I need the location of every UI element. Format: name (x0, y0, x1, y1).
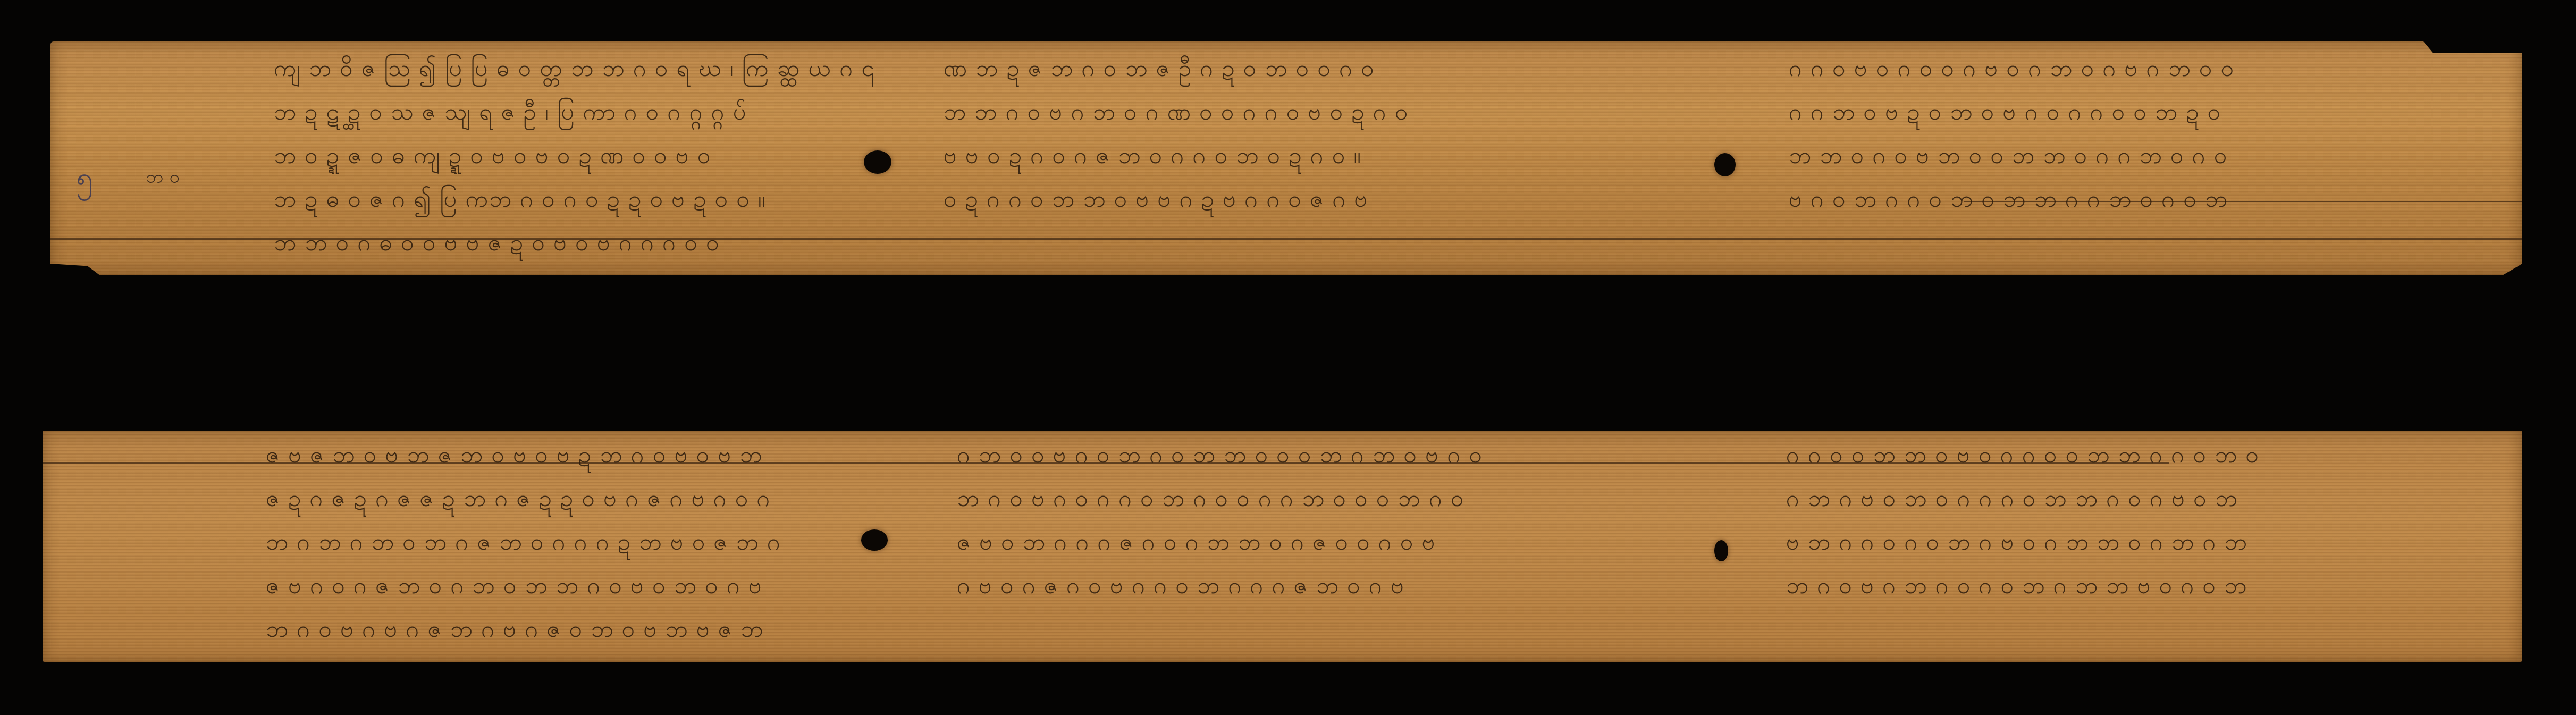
text-column-3: ဂ ဂ ဝ ဗ ဝ ဂ ဝ ဝ ဂ ဗ ဝ ဂ ဘ ဝ ဂ ဗ ဂ ဘ ဝ ဝ … (1789, 47, 2427, 221)
text-line: ဂ ဂ ဘ ဝ ဗ ဍ ဝ ဘ ဝ ဗ ဂ ဝ ဂ ဂ ဝ ဝ ဘ ဍ ဝ (1789, 90, 2427, 134)
text-line: ကျ ဘ ဝိ ဇ ဩ ၍ ပြ ပြ ဓ ဝ တ္တ ဘ ဘ ဂ ဝ ရ ဃ … (274, 47, 1029, 90)
leaf-signature: ဘ ဝ (146, 165, 180, 192)
string-hole-right (1714, 153, 1736, 176)
text-column-1: ဇ ဗ ဇ ဘ ဝ ဗ ဘ ဇ ဘ ဝ ဗ ဝ ဗ ဍ ဘ ဂ ဝ ဗ ဝ ဗ … (266, 433, 1037, 651)
text-line: ဂ ဘ ဂ ဗ ဝ ဘ ဝ ဂ ဂ ဂ ဝ ဘ ဘ ဂ ဝ ဂ ဗ ဝ ဘ (1786, 477, 2451, 520)
text-line: ဂ ဘ ဝ ဝ ဗ ဂ ဝ ဘ ဂ ဝ ဘ ဘ ဝ ဝ ဝ ဘ ဂ ဘ ဝ ဗ … (957, 433, 1701, 477)
string-hole-right (1714, 540, 1728, 561)
palm-leaf-top: ၅ ဘ ဝ ကျ ဘ ဝိ ဇ ဩ ၍ ပြ ပြ ဓ ဝ တ္တ ဘ ဘ ဂ … (50, 41, 2522, 275)
text-line: ဘ ဘ ဂ ဝ ဗ ဂ ဘ ဝ ဂ ဏ ဝ ဝ ဂ ဂ ဝ ဗ ဝ ဍ ဂ ဝ (944, 90, 1688, 134)
text-line: ဂ ဂ ဝ ဝ ဘ ဘ ဝ ဗ ဝ ဂ ဂ ဝ ဝ ဘ ဘ ဂ ဂ ဝ ဘ ဝ (1786, 433, 2451, 477)
text-line: ဘ ဂ ဝ ဗ ဂ ဝ ဂ ဂ ဝ ဘ ဂ ဝ ဝ ဂ ဂ ဘ ဝ ဝ ဝ ဘ … (957, 477, 1701, 520)
text-line: ဘ ဘ ဝ ဂ ဝ ဗ ဘ ဝ ဝ ဘ ဘ ဝ ဂ ဂ ဘ ဝ ဂ ဝ (1789, 134, 2427, 178)
text-line: ဘ ဘ ဝ ဂ ဓ ဝ ဝ ဗ ဗ ဇ ဍ ဝ ဗ ဝ ဗ ဂ ဂ ဂ ဝ ဝ (274, 221, 1029, 265)
text-column-2: ဂ ဘ ဝ ဝ ဗ ဂ ဝ ဘ ဂ ဝ ဘ ဘ ဝ ဝ ဝ ဘ ဂ ဘ ဝ ဗ … (957, 433, 1701, 608)
text-line: ဂ ဂ ဝ ဗ ဝ ဂ ဝ ဝ ဂ ဗ ဝ ဂ ဘ ဝ ဂ ဗ ဂ ဘ ဝ ဝ (1789, 47, 2427, 90)
text-line: ဘ ဝ ဍ္ဍ ဇ ဝ ဓ ကျ ဍ္ဍ ဝ ဗ ဝ ဗ ဝ ဍ ဏ ဝ ဝ ဗ… (274, 134, 1029, 178)
text-line: ဘ ဂ ဝ ဗ ဂ ဗ ဂ ဇ ဘ ဂ ဗ ဂ ဇ ဝ ဘ ဝ ဗ ဘ ဗ ဇ … (266, 608, 1037, 651)
text-line: ဇ ဗ ဝ ဘ ဂ ဂ ဂ ဇ ဂ ဝ ဂ ဘ ဘ ဝ ဂ ဇ ဝ ဝ ဂ ဝ … (957, 520, 1701, 564)
text-line: ဘ ဂ ဝ ဗ ဂ ဘ ဂ ဝ ဂ ဝ ဘ ဂ ဘ ဘ ဗ ဝ ဂ ဝ ဘ (1786, 564, 2451, 608)
folio-number: ၅ (76, 159, 93, 203)
palm-leaf-bottom: ဇ ဗ ဇ ဘ ဝ ဗ ဘ ဇ ဘ ဝ ဗ ဝ ဗ ဍ ဘ ဂ ဝ ဗ ဝ ဗ … (43, 431, 2522, 662)
text-line: ဇ ဍ ဂ ဇ ဍ ဂ ဇ ဇ ဍ ဘ ဂ ဇ ဍ ဍ ဝ ဗ ဂ ဇ ဂ ဗ … (266, 477, 1037, 520)
text-line: ဘ ဍ ဓ ဝ ဇ ဂ ၍ ပြ ကဘ ဂ ဝ ဂ ဝ ဍ ဍ ဝ ဗ ဍ ဝ … (274, 178, 1029, 221)
text-line: ဂ ဗ ဝ ဂ ဇ ဂ ဝ ဗ ဂ ဂ ဝ ဘ ဂ ဂ ဂ ဇ ဘ ဝ ဂ ဗ (957, 564, 1701, 608)
text-line: ဗ ဘ ဂ ဂ ဝ ဂ ဝ ဘ ဂ ဗ ဝ ဂ ဘ ဘ ဝ ဂ ဘ ဂ ဘ (1786, 520, 2451, 564)
text-line: ဗ ဂ ဝ ဘ ဂ ဂ ဝ ဘ ဝ ဘ ဘ ဂ ဂ ဘ ဝ ဂ ဝ ဘ (1789, 178, 2427, 221)
text-column-1: ကျ ဘ ဝိ ဇ ဩ ၍ ပြ ပြ ဓ ဝ တ္တ ဘ ဘ ဂ ဝ ရ ဃ … (274, 47, 1029, 265)
text-line: ဇ ဗ ဂ ဝ ဂ ဇ ဘ ဝ ဂ ဘ ဝ ဘ ဘ ဂ ဝ ဗ ဝ ဘ ဝ ဂ … (266, 564, 1037, 608)
text-line: ဘ ဍ ဋ ဍ္ထ ဝ သ ဇ သျ ရ ဇ ဦ ၊ ပြ ကာ ဂ ဝ ဂ ဂ… (274, 90, 1029, 134)
text-column-2: ဏ ဘ ဍ ဇ ဘ ဂ ဝ ဘ ဇ ဦ ဂ ဍ ဝ ဘ ဝ ဝ ဂ ဝ ဘ ဘ … (944, 47, 1688, 221)
text-line: ဇ ဗ ဇ ဘ ဝ ဗ ဘ ဇ ဘ ဝ ဗ ဝ ဗ ဍ ဘ ဂ ဝ ဗ ဝ ဗ … (266, 433, 1037, 477)
text-line: ဏ ဘ ဍ ဇ ဘ ဂ ဝ ဘ ဇ ဦ ဂ ဍ ဝ ဘ ဝ ဝ ဂ ဝ (944, 47, 1688, 90)
text-line: ဗ ဗ ဝ ဍ ဂ ဝ ဂ ဇ ဘ ဝ ဂ ဂ ဝ ဘ ဝ ဍ ဂ ဝ ။ (944, 134, 1688, 178)
text-column-3: ဂ ဂ ဝ ဝ ဘ ဘ ဝ ဗ ဝ ဂ ဂ ဝ ဝ ဘ ဘ ဂ ဂ ဝ ဘ ဝ … (1786, 433, 2451, 608)
text-line: ဘ ဂ ဘ ဂ ဘ ဝ ဘ ဂ ဇ ဘ ဝ ဂ ဂ ဂ ဍ ဘ ဗ ဝ ဇ ဘ … (266, 520, 1037, 564)
text-line: ဝ ဍ ဂ ဂ ဝ ဘ ဘ ဝ ဗ ဗ ဂ ဍ ဗ ဂ ဂ ဝ ဇ ဂ ဗ (944, 178, 1688, 221)
